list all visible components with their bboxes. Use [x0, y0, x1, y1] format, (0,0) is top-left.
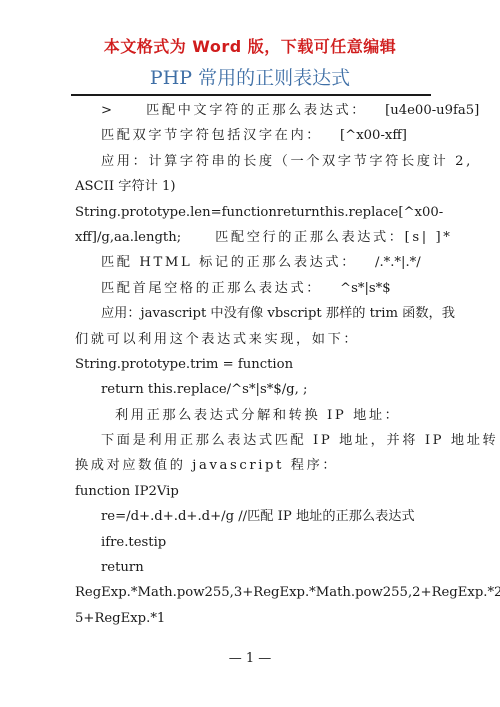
document-title: PHP 常用的正则表达式 [0, 63, 500, 90]
paragraph-line: ASCII 字符计 1) [75, 174, 428, 199]
line-text: this.replace[^x00- [320, 200, 444, 225]
paragraph-line: return this.replace/^s*|s*$/g, ; [75, 377, 428, 402]
paragraph-line: function IP2Vip [75, 479, 428, 504]
line-text: String.prototype.len=functionreturn [75, 200, 320, 225]
paragraph-line: 下面是利用正那么表达式匹配 IP 地址，并将 IP 地址转 [75, 428, 428, 453]
paragraph-line: 们就可以利用这个表达式来实现，如下： [75, 327, 428, 352]
page-number: — 1 — [0, 651, 500, 666]
line-text: xff]/g,aa.length; [75, 230, 181, 245]
line-text: 匹配双字节字符包括汉字在内： [101, 128, 322, 143]
paragraph-line: return [75, 555, 428, 580]
paragraph-line: 匹配首尾空格的正那么表达式：^s*|s*$ [75, 276, 428, 301]
paragraph-line: 利用正那么表达式分解和转换 IP 地址： [75, 403, 428, 428]
paragraph-line: xff]/g,aa.length;匹配空行的正那么表达式：[s| ]* [75, 225, 428, 250]
line-text: 匹配首尾空格的正那么表达式： [101, 281, 322, 296]
paragraph-line: 匹配双字节字符包括汉字在内：[^x00-xff] [75, 123, 428, 148]
line-text: [^x00-xff] [340, 128, 407, 143]
line-text: 匹配 HTML 标记的正那么表达式： [101, 255, 357, 270]
line-text: /.*.*|.*/ [375, 255, 421, 270]
line-text: [u4e00-u9fa5] [385, 103, 479, 118]
paragraph-line: RegExp.*Math.pow255,3+RegExp.*Math.pow25… [75, 580, 428, 605]
line-text: ^s*|s*$ [340, 281, 391, 296]
paragraph-line: String.prototype.trim = function [75, 352, 428, 377]
title-divider [71, 94, 431, 96]
paragraph-line: 应用：javascript 中没有像 vbscript 那样的 trim 函数，… [75, 301, 428, 326]
paragraph-line: >匹配中文字符的正那么表达式：[u4e00-u9fa5] [75, 98, 428, 123]
paragraph-line: re=/d+.d+.d+.d+/g //匹配 IP 地址的正那么表达式 [75, 504, 428, 529]
paragraph-line: 5+RegExp.*1 [75, 606, 428, 631]
line-text: 匹配空行的正那么表达式：[s| ]* [215, 230, 452, 245]
line-text: > [101, 103, 112, 118]
document-body: >匹配中文字符的正那么表达式：[u4e00-u9fa5] 匹配双字节字符包括汉字… [75, 98, 428, 631]
paragraph-line: String.prototype.len=functionreturnthis.… [75, 200, 428, 225]
paragraph-line: ifre.testip [75, 530, 428, 555]
download-banner: 本文格式为 Word 版，下载可任意编辑 [0, 34, 500, 57]
line-text: 匹配中文字符的正那么表达式： [146, 103, 367, 118]
paragraph-line: 应用：计算字符串的长度（一个双字节字符长度计 2, [75, 149, 428, 174]
paragraph-line: 匹配 HTML 标记的正那么表达式：/.*.*|.*/ [75, 250, 428, 275]
paragraph-line: 换成对应数值的 javascript 程序： [75, 453, 428, 478]
